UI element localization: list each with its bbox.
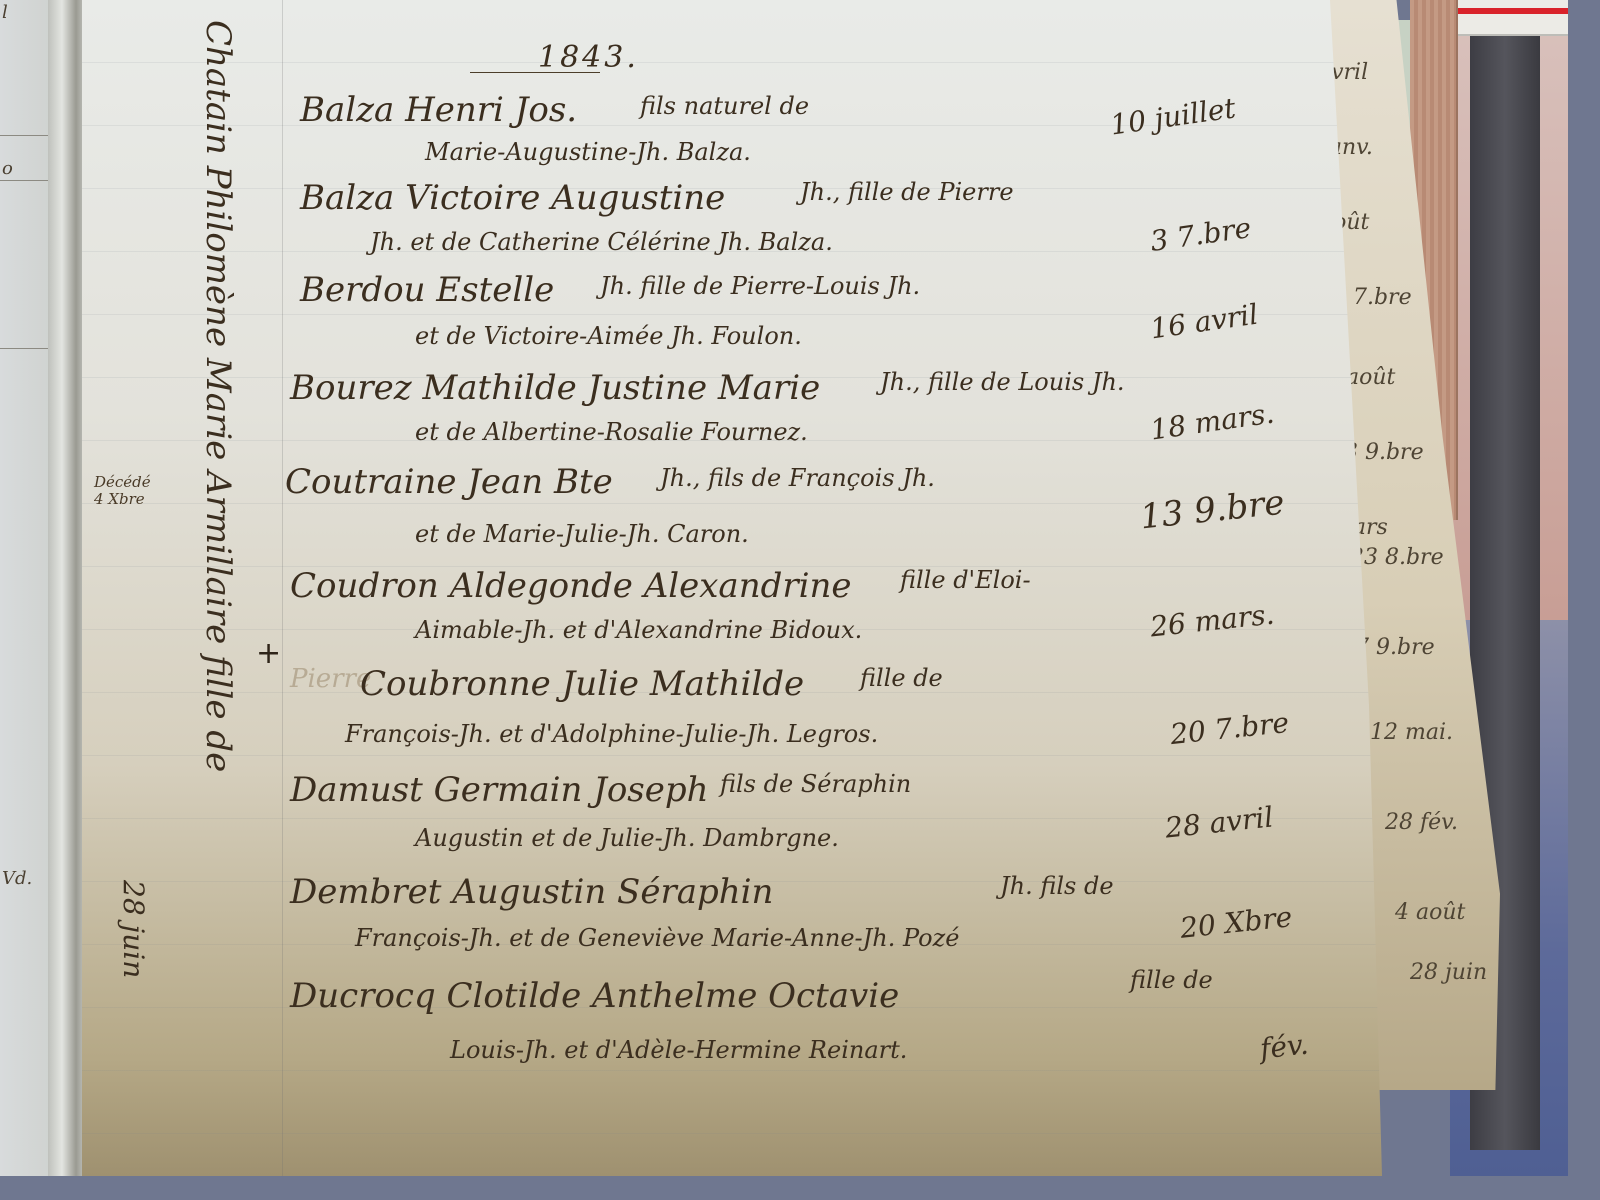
entry-parents: et de Victoire-Aimée Jh. Foulon.	[415, 322, 802, 350]
deceased-note: Décédé 4 Xbre	[94, 474, 151, 508]
entry-parents: François-Jh. et de Geneviève Marie-Anne-…	[355, 924, 959, 952]
register-year: 1843.	[538, 40, 639, 75]
red-white-ribbon	[1458, 0, 1568, 36]
entry-name: Ducrocq Clotilde Anthelme Octavie	[290, 976, 899, 1016]
entry-parentage: Jh. fille de Pierre-Louis Jh.	[600, 272, 920, 300]
entry-parents: Jh. et de Catherine Célérine Jh. Balza.	[370, 228, 833, 256]
entry-parents: Augustin et de Julie-Jh. Dambrgne.	[415, 824, 839, 852]
entry-parentage: Jh., fils de François Jh.	[660, 464, 935, 492]
left-page-fragment: o	[2, 158, 13, 179]
entry-parents: François-Jh. et d'Adolphine-Julie-Jh. Le…	[345, 720, 878, 748]
entry-parents: et de Albertine-Rosalie Fournez.	[415, 418, 808, 446]
entry-parentage: Jh. fils de	[1000, 872, 1114, 900]
margin-vertical-entry: Chatain Philomène Marie Armillaire fille…	[198, 20, 238, 1060]
entry-parents: Louis-Jh. et d'Adèle-Hermine Reinart.	[450, 1036, 907, 1064]
margin-vertical-date: 28 juin	[117, 880, 150, 978]
left-page-fragment: l	[2, 2, 8, 23]
entry-name: Bourez Mathilde Justine Marie	[290, 368, 820, 408]
entry-name: Dembret Augustin Séraphin	[290, 872, 773, 912]
entry-name: Coubronne Julie Mathilde	[360, 664, 804, 704]
entry-parentage: fille de	[1130, 966, 1213, 994]
underlying-date: 28 juin	[1410, 960, 1487, 985]
entry-parentage: fils naturel de	[640, 92, 809, 120]
entry-name: Balza Victoire Augustine	[300, 178, 725, 218]
entry-parentage: fille d'Eloi-	[900, 566, 1031, 594]
underlying-date: 7 9.bre	[1355, 635, 1435, 660]
entry-parents: Aimable-Jh. et d'Alexandrine Bidoux.	[415, 616, 862, 644]
entry-date: fév.	[1258, 1028, 1310, 1066]
underlying-date: 28 fév.	[1385, 810, 1458, 835]
entry-name: Balza Henri Jos.	[300, 90, 577, 130]
entry-name: Damust Germain Joseph	[290, 770, 709, 810]
entry-parentage: fils de Séraphin	[720, 770, 911, 798]
underlying-date: 23 8.bre	[1350, 545, 1444, 570]
entry-parentage: Jh., fille de Pierre	[800, 178, 1014, 206]
deceased-label: Décédé	[94, 474, 151, 491]
underlying-date: 4 août	[1395, 900, 1465, 925]
entry-parents: et de Marie-Julie-Jh. Caron.	[415, 520, 749, 548]
entry-name: Berdou Estelle	[300, 270, 554, 310]
underlying-date: 12 mai.	[1370, 720, 1453, 745]
margin-line	[282, 0, 283, 1176]
cross-mark-icon: +	[256, 636, 281, 671]
entry-name: Coudron Aldegonde Alexandrine	[290, 566, 852, 606]
left-page-fragment: Vd.	[2, 868, 32, 889]
entry-parents: Marie-Augustine-Jh. Balza.	[425, 138, 751, 166]
entry-name: Coutraine Jean Bte	[285, 462, 613, 502]
entry-parentage: Jh., fille de Louis Jh.	[880, 368, 1125, 396]
entry-parentage: fille de	[860, 664, 943, 692]
year-underline	[470, 72, 600, 73]
deceased-date: 4 Xbre	[94, 491, 151, 508]
